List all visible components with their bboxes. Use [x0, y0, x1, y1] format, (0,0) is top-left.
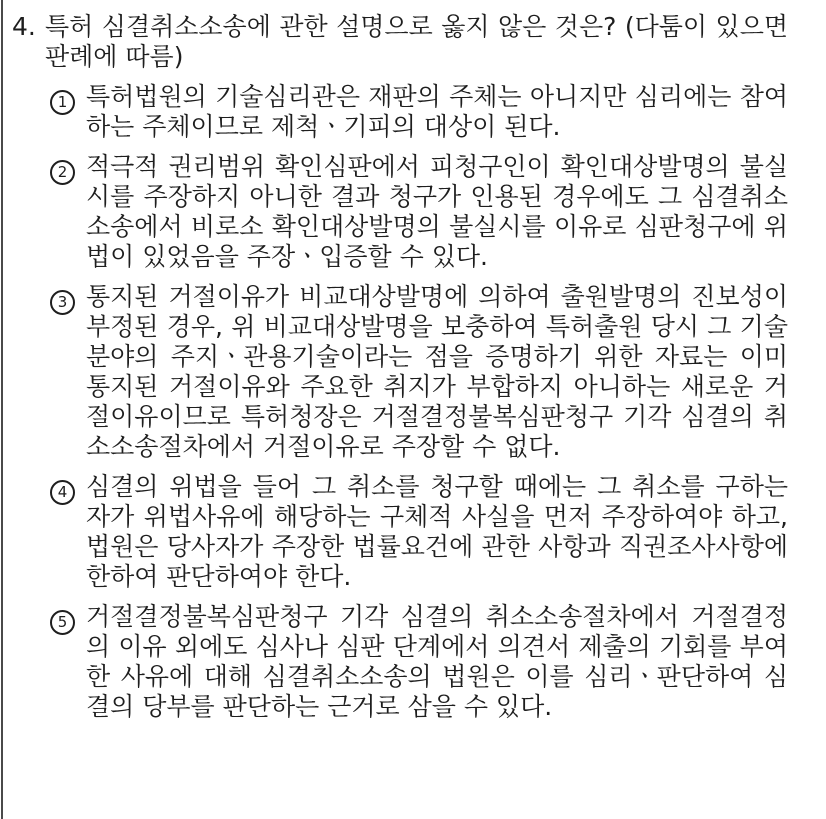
option-text-1: 특허법원의 기술심리관은 재판의 주체는 아니지만 심리에는 참여하는 주체이므…	[86, 82, 788, 142]
option-text-4: 심결의 위법을 들어 그 취소를 청구할 때에는 그 취소를 구하는 자가 위법…	[86, 472, 788, 592]
circled-number-icon: 3	[50, 290, 75, 315]
option-marker-5: 5	[50, 602, 86, 635]
question-block: 4. 특허 심결취소소송에 관한 설명으로 옳지 않은 것은? (다툼이 있으면…	[12, 12, 788, 722]
option-marker-4: 4	[50, 472, 86, 505]
option-item-2: 2 적극적 권리범위 확인심판에서 피청구인이 확인대상발명의 불실시를 주장하…	[12, 152, 788, 272]
circled-number-icon: 5	[50, 610, 75, 635]
option-text-5: 거절결정불복심판청구 기각 심결의 취소소송절차에서 거절결정의 이유 외에도 …	[86, 602, 788, 722]
option-item-5: 5 거절결정불복심판청구 기각 심결의 취소소송절차에서 거절결정의 이유 외에…	[12, 602, 788, 722]
exam-page: 4. 특허 심결취소소송에 관한 설명으로 옳지 않은 것은? (다툼이 있으면…	[0, 0, 826, 819]
circled-number-icon: 2	[50, 160, 75, 185]
option-text-3: 통지된 거절이유가 비교대상발명에 의하여 출원발명의 진보성이 부정된 경우,…	[86, 282, 788, 462]
option-marker-1: 1	[50, 82, 86, 115]
question: 4. 특허 심결취소소송에 관한 설명으로 옳지 않은 것은? (다툼이 있으면…	[12, 12, 788, 72]
option-marker-2: 2	[50, 152, 86, 185]
question-number: 4.	[12, 12, 45, 42]
option-item-4: 4 심결의 위법을 들어 그 취소를 청구할 때에는 그 취소를 구하는 자가 …	[12, 472, 788, 592]
circled-number-icon: 1	[50, 90, 75, 115]
option-marker-3: 3	[50, 282, 86, 315]
option-item-3: 3 통지된 거절이유가 비교대상발명에 의하여 출원발명의 진보성이 부정된 경…	[12, 282, 788, 462]
option-item-1: 1 특허법원의 기술심리관은 재판의 주체는 아니지만 심리에는 참여하는 주체…	[12, 82, 788, 142]
left-column-rule	[1, 0, 3, 819]
question-text: 특허 심결취소소송에 관한 설명으로 옳지 않은 것은? (다툼이 있으면 판례…	[45, 12, 788, 72]
option-text-2: 적극적 권리범위 확인심판에서 피청구인이 확인대상발명의 불실시를 주장하지 …	[86, 152, 788, 272]
circled-number-icon: 4	[50, 480, 75, 505]
